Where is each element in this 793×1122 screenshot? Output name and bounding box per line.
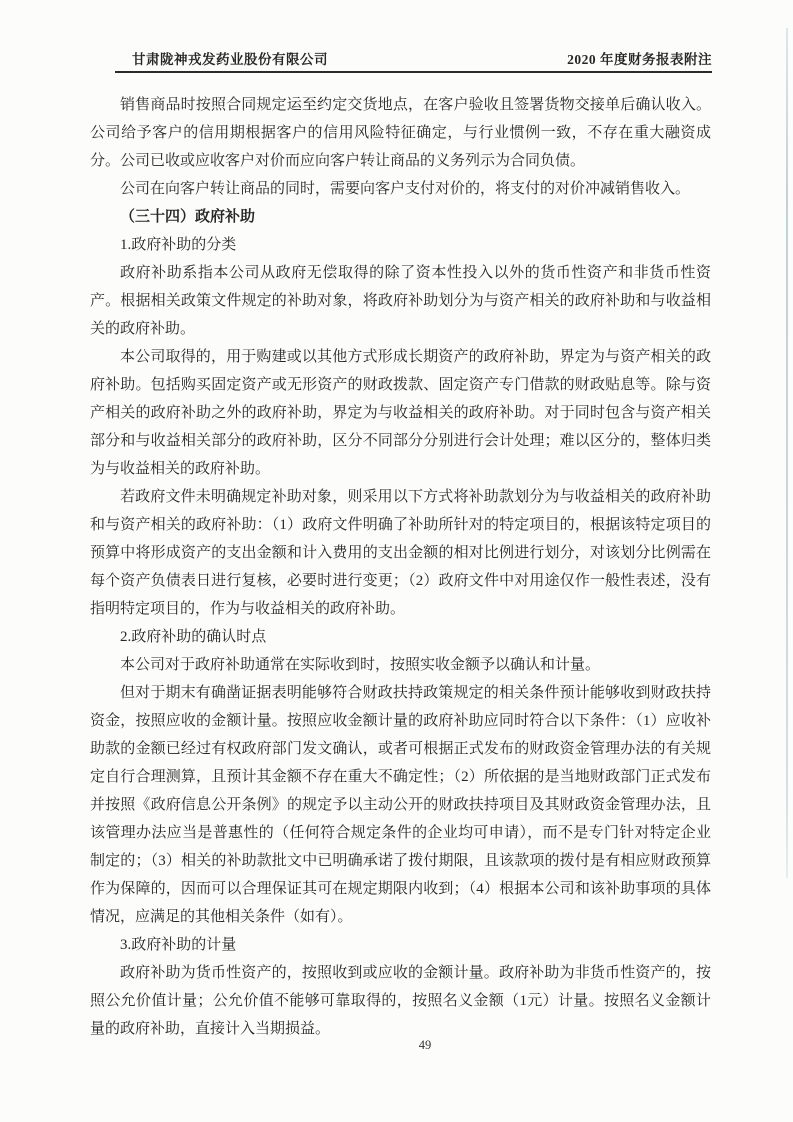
paragraph: 但对于期末有确凿证据表明能够符合财政扶持政策规定的相关条件预计能够收到财政扶持资… xyxy=(90,679,711,931)
subsection-heading: 2.政府补助的确认时点 xyxy=(90,623,711,651)
page-footer: 49 xyxy=(115,1038,735,1053)
section-heading: （三十四）政府补助 xyxy=(90,203,711,231)
page-header: 甘肃陇神戎发药业股份有限公司 2020 年度财务报表附注 xyxy=(115,48,712,73)
paragraph: 公司在向客户转让商品的同时，需要向客户支付对价的，将支付的对价冲减销售收入。 xyxy=(90,175,711,203)
company-name: 甘肃陇神戎发药业股份有限公司 xyxy=(132,48,328,68)
paragraph: 若政府文件未明确规定补助对象，则采用以下方式将补助款划分为与收益相关的政府补助和… xyxy=(90,483,711,623)
scanned-document-page: 甘肃陇神戎发药业股份有限公司 2020 年度财务报表附注 销售商品时按照合同规定… xyxy=(0,0,793,1122)
report-title: 2020 年度财务报表附注 xyxy=(567,48,712,68)
subsection-heading: 1.政府补助的分类 xyxy=(90,231,711,259)
document-body: 销售商品时按照合同规定运至约定交货地点，在客户验收且签署货物交接单后确认收入。公… xyxy=(90,91,711,1043)
paragraph: 政府补助为货币性资产的，按照收到或应收的金额计量。政府补助为非货币性资产的，按照… xyxy=(90,959,711,1043)
paragraph: 本公司对于政府补助通常在实际收到时，按照实收金额予以确认和计量。 xyxy=(90,651,711,679)
paragraph: 政府补助系指本公司从政府无偿取得的除了资本性投入以外的货币性资产和非货币性资产。… xyxy=(90,259,711,343)
subsection-heading: 3.政府补助的计量 xyxy=(90,931,711,959)
paragraph: 本公司取得的，用于购建或以其他方式形成长期资产的政府补助，界定为与资产相关的政府… xyxy=(90,343,711,483)
paragraph: 销售商品时按照合同规定运至约定交货地点，在客户验收且签署货物交接单后确认收入。公… xyxy=(90,91,711,175)
scan-edge-artifact xyxy=(786,28,788,878)
page-number: 49 xyxy=(419,1038,432,1052)
